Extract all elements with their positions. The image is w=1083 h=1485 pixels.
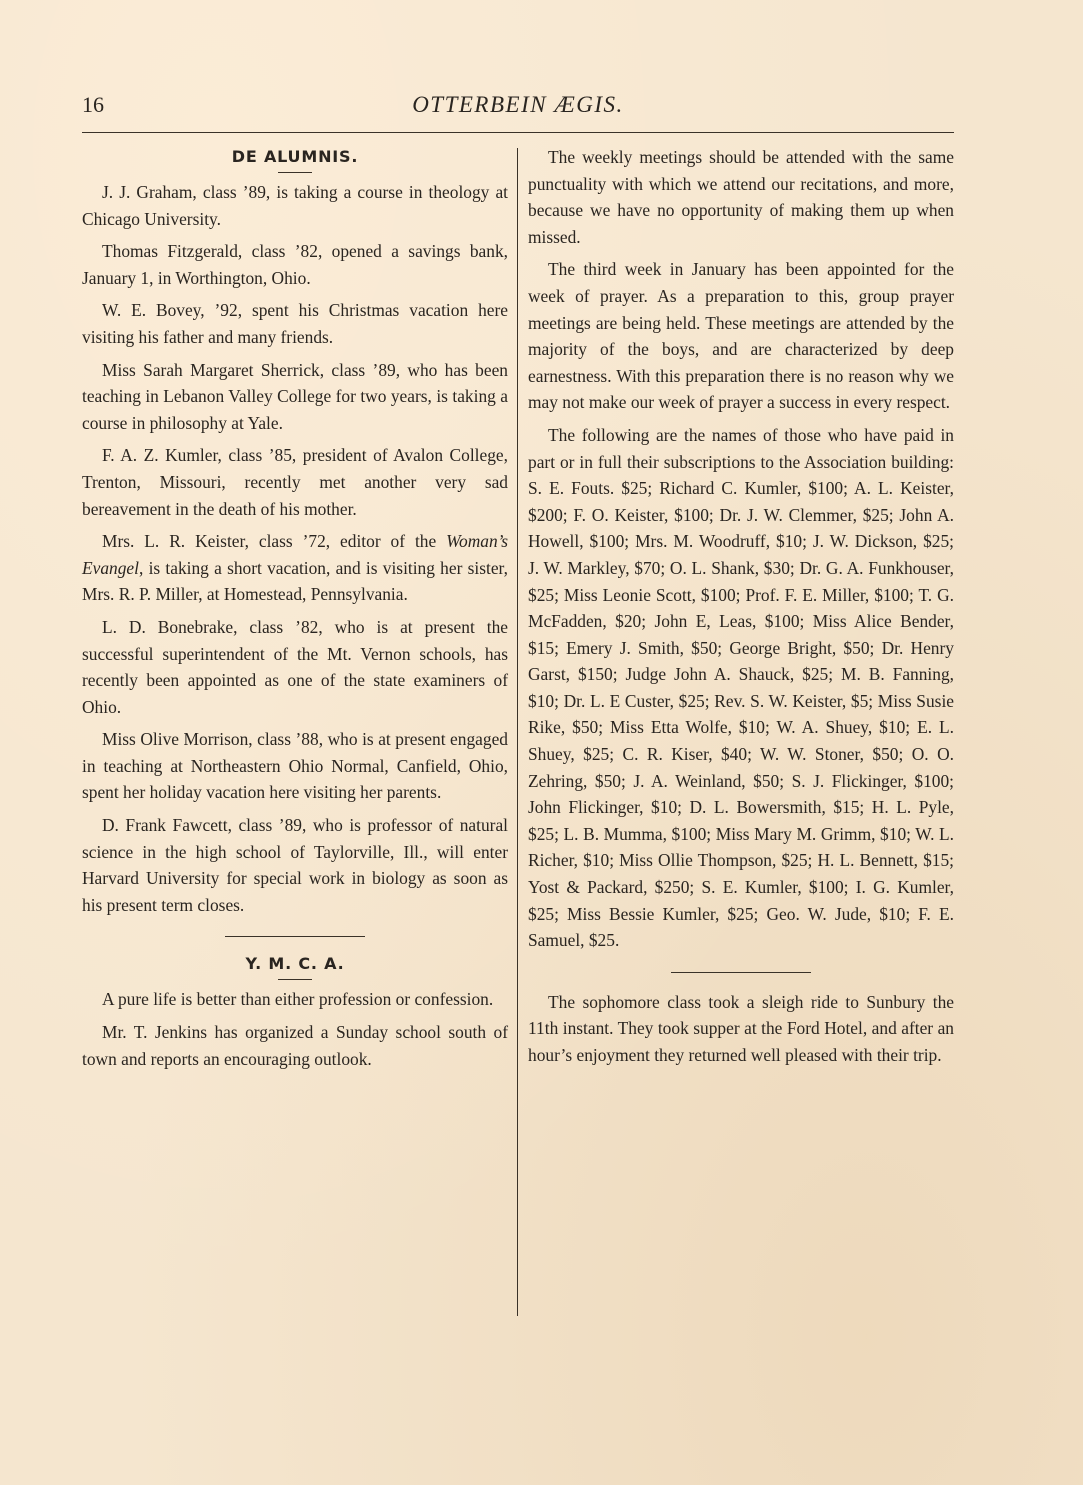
alumni-item: Mrs. L. R. Keister, class ’72, editor of… <box>82 528 508 608</box>
ymca-section: Y. M. C. A. A pure life is better than e… <box>82 953 508 1072</box>
ymca-item: A pure life is better than either profes… <box>82 986 508 1013</box>
right-column: The weekly meetings should be attended w… <box>528 144 954 1075</box>
section-heading-alumni: DE ALUMNIS. <box>82 146 508 168</box>
subscription-list: The following are the names of those who… <box>528 422 954 954</box>
text-run: Mrs. L. R. Keister, class ’72, editor of… <box>102 531 446 551</box>
header-rule <box>82 132 954 133</box>
section-heading-ymca: Y. M. C. A. <box>82 953 508 975</box>
section-separator <box>225 936 365 937</box>
left-column: DE ALUMNIS. J. J. Graham, class ’89, is … <box>82 144 508 1078</box>
alumni-item: W. E. Bovey, ’92, spent his Christmas va… <box>82 297 508 350</box>
heading-rule <box>278 979 312 980</box>
text-run: , is taking a short vacation, and is vis… <box>82 558 508 605</box>
running-head: 16 OTTERBEIN ÆGIS. <box>82 92 954 126</box>
news-item: The sophomore class took a sleigh ride t… <box>528 989 954 1069</box>
ymca-item: The weekly meetings should be attended w… <box>528 144 954 250</box>
document-page: 16 OTTERBEIN ÆGIS. DE ALUMNIS. J. J. Gra… <box>0 0 1083 1485</box>
alumni-item: Miss Sarah Margaret Sherrick, class ’89,… <box>82 357 508 437</box>
alumni-item: Thomas Fitzgerald, class ’82, opened a s… <box>82 238 508 291</box>
column-divider <box>517 148 518 1316</box>
journal-title: OTTERBEIN ÆGIS. <box>82 92 954 118</box>
heading-rule <box>278 172 312 173</box>
alumni-item: D. Frank Fawcett, class ’89, who is prof… <box>82 812 508 918</box>
section-separator <box>671 972 811 973</box>
alumni-section: DE ALUMNIS. J. J. Graham, class ’89, is … <box>82 146 508 918</box>
alumni-item: L. D. Bonebrake, class ’82, who is at pr… <box>82 614 508 720</box>
alumni-item: Miss Olive Morrison, class ’88, who is a… <box>82 726 508 806</box>
alumni-item: F. A. Z. Kumler, class ’85, president of… <box>82 442 508 522</box>
ymca-item: Mr. T. Jenkins has organized a Sunday sc… <box>82 1019 508 1072</box>
ymca-item: The third week in January has been ap­po… <box>528 256 954 416</box>
alumni-item: J. J. Graham, class ’89, is taking a cou… <box>82 179 508 232</box>
